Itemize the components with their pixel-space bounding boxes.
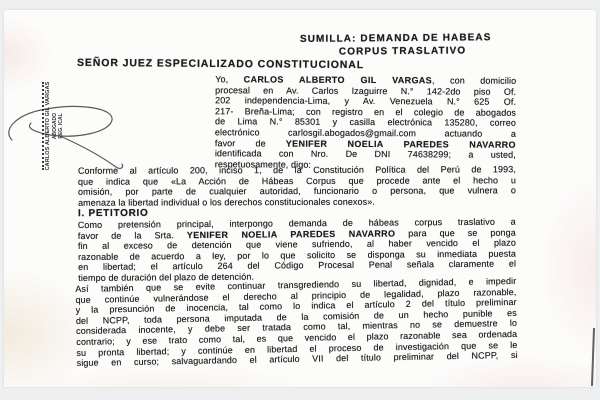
sumilla-line-2: CORPUS TRASLATIVO [300, 45, 505, 58]
stamp-lawyer-name: CARLOS ALBERTO GIL VARGAS [45, 80, 52, 172]
document-page: SUMILLA: DEMANDA DE HABEAS CORPUS TRASLA… [4, 10, 596, 387]
scanned-document-screenshot: { "colors": { "background": "#edeff1", "… [0, 0, 600, 400]
intro-paragraph: Yo, CARLOS ALBERTO GIL VARGAS, con domic… [215, 74, 516, 171]
pretension-paragraph: Como pretensión principal, interpongo de… [78, 217, 516, 284]
sumilla-line-1: SUMILLA: DEMANDA DE HABEAS [300, 32, 505, 45]
stamp-dotted-line [42, 82, 44, 170]
petitorio-heading: I. PETITORIO [78, 208, 148, 219]
conforme-paragraph: Conforme al artículo 200, inciso 1, de l… [78, 164, 516, 208]
sumilla-heading: SUMILLA: DEMANDA DE HABEAS CORPUS TRASLA… [300, 32, 505, 58]
stamp-registry-number: REG. ICAL [58, 80, 64, 172]
asi-tambien-paragraph: Así también que se evite continuar trans… [75, 276, 517, 369]
scan-artifact-line [591, 328, 595, 386]
judge-salutation: SEÑOR JUEZ ESPECIALIZADO CONSTITUCIONAL [77, 57, 364, 71]
lawyer-stamp: CARLOS ALBERTO GIL VARGAS ABOGADO REG. I… [42, 80, 74, 172]
document-line: amenaza la libertad individual o los der… [78, 196, 516, 208]
document-line: omisión, por parte de cualquier autorida… [78, 185, 516, 197]
